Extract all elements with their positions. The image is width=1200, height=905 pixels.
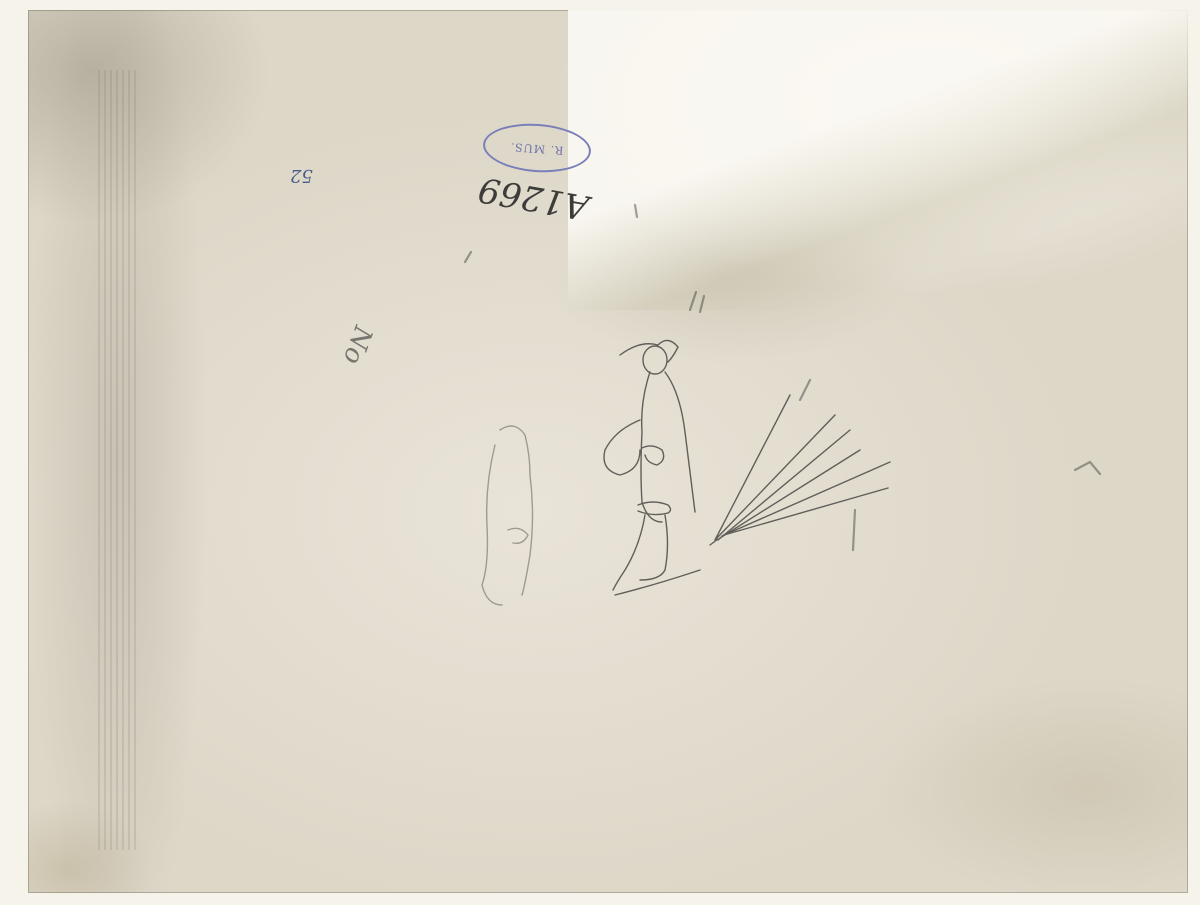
spear-bundle-sketch: [710, 395, 890, 545]
pencil-sketches: [0, 0, 1200, 905]
figure-with-hat-sketch: [604, 340, 700, 595]
faint-figure-sketch: [482, 426, 533, 605]
